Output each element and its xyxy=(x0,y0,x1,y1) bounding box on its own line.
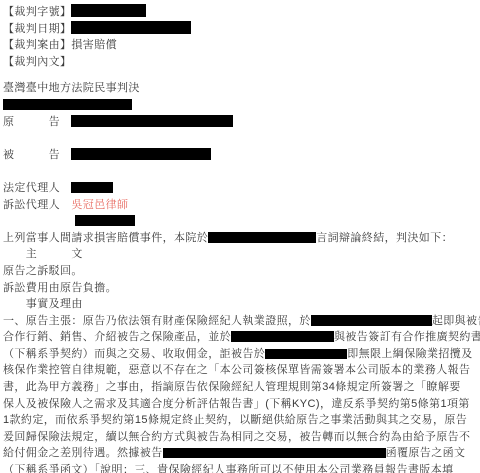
text-run: 起即與被告 xyxy=(432,315,480,327)
text-run: 即無限上綱保險業招攬及 xyxy=(347,348,472,360)
redaction-bar xyxy=(71,148,211,160)
header-content-label: 【裁判內文】 xyxy=(3,54,480,71)
redaction-bar xyxy=(208,232,316,243)
body-line: 給付佣金之差別待遇。然據被告函覆原告之函文 xyxy=(3,445,480,462)
body-line: （下稱系爭函文）「說明：三、貴保險經紀人事務所可以不使用本公司業務員報告書版本填 xyxy=(3,462,480,473)
court-title: 臺灣臺中地方法院民事判決 xyxy=(3,80,480,97)
text-run: 訴訟代理人 xyxy=(3,199,71,211)
main-text-heading: 主 文 xyxy=(3,246,480,263)
text-run: 【裁判字號】 xyxy=(3,6,71,18)
redaction-bar xyxy=(71,4,146,17)
party-plaintiff: 原 告 xyxy=(3,114,480,131)
redaction-bar xyxy=(71,21,191,34)
text-run: 臺灣臺中地方法院民事判決 xyxy=(3,82,140,94)
holding-line: 原告之訴駁回。 xyxy=(3,263,480,280)
text-run: 一、原告主張：原告乃依法領有財產保險經紀人執業證照，於 xyxy=(3,315,311,327)
judgment-document: 【裁判字號】【裁判日期】【裁判案由】損害賠償【裁判內文】臺灣臺中地方法院民事判決… xyxy=(0,0,480,473)
redaction-bar xyxy=(231,331,334,342)
header-case-number: 【裁判字號】 xyxy=(3,4,480,21)
indent-space xyxy=(3,223,75,224)
party-litigation-agent-2 xyxy=(3,213,480,230)
text-run: 保人及被保險人之需求及其適合度分析評估報告書」(下稱KYC)，違反系爭契約第5條… xyxy=(3,398,470,410)
redaction-bar xyxy=(75,215,135,226)
text-run: 【裁判案由】損害賠償 xyxy=(3,39,117,51)
redaction-bar xyxy=(311,315,432,326)
text-run: 合作行銷、銷售、介紹被告之保險產品，並於 xyxy=(3,331,231,343)
text-run: （下稱系爭函文）「說明：三、貴保險經紀人事務所可以不使用本公司業務員報告書版本填 xyxy=(3,464,454,473)
body-line: 一、原告主張：原告乃依法領有財產保險經紀人執業證照，於起即與被告 xyxy=(3,313,480,330)
redaction-bar xyxy=(163,448,386,458)
facts-heading: 事實及理由 xyxy=(3,296,480,313)
text-run: 與被告簽訂有合作推廣契約書 xyxy=(334,331,480,343)
body-line: 1款約定，而依系爭契約第15條規定終止契約，以斷絕供給原告之事業活動與其之交易，… xyxy=(3,412,480,429)
text-run: 上列當事人間請求損害賠償事件，本院於 xyxy=(3,232,208,244)
header-date: 【裁判日期】 xyxy=(3,21,480,38)
text-run: 訴訟費用由原告負擔。 xyxy=(3,282,117,294)
text-run: 【裁判日期】 xyxy=(3,23,71,35)
blank-line xyxy=(3,130,480,147)
section-spacer xyxy=(3,70,480,80)
text-run: 書，此為甲方義務」之事由，指謫原告依保險經紀人管理規則第34條規定所簽署之「瞭解… xyxy=(3,381,461,393)
redaction-bar xyxy=(71,182,113,193)
holding-line: 訴訟費用由原告負擔。 xyxy=(3,280,480,297)
text-run: （下稱系爭契約）而與之交易、收取佣金，詎被告於 xyxy=(3,348,265,360)
party-defendant: 被 告 xyxy=(3,147,480,164)
party-litigation-agent: 訴訟代理人 吳冠邑律師 xyxy=(3,197,480,214)
text-run: 言詞辯論終結，判決如下： xyxy=(316,232,453,244)
body-line: 保人及被保險人之需求及其適合度分析評估報告書」(下稱KYC)，違反系爭契約第5條… xyxy=(3,396,480,413)
body-line: 核保作業控管自律規範，惡意以不存在之「本公司簽核保單皆需簽署本公司版本的業務人報… xyxy=(3,362,480,379)
body-line: （下稱系爭契約）而與之交易、收取佣金，詎被告於即無限上綱保險業招攬及 xyxy=(3,346,480,363)
redaction-bar xyxy=(3,99,132,110)
preamble: 上列當事人間請求損害賠償事件，本院於言詞辯論終結，判決如下： xyxy=(3,230,480,247)
text-run: 原 告 xyxy=(3,116,71,128)
text-run: 【裁判內文】 xyxy=(3,56,71,68)
redaction-bar xyxy=(265,349,347,359)
text-run: 被 告 xyxy=(3,149,71,161)
redaction-bar xyxy=(71,115,233,127)
party-legal-representative: 法定代理人 xyxy=(3,180,480,197)
text-run: 1款約定，而依系爭契約第15條規定終止契約，以斷絕供給原告之事業活動與其之交易，… xyxy=(3,414,467,426)
body-line: 爰回歸保險法規定，續以無合約方式與被告為相同之交易，被告轉而以無合約為由給予原告… xyxy=(3,429,480,446)
attorney-name-link[interactable]: 吳冠邑律師 xyxy=(71,199,128,211)
body-line: 合作行銷、銷售、介紹被告之保險產品，並於與被告簽訂有合作推廣契約書 xyxy=(3,329,480,346)
text-run: 核保作業控管自律規範，惡意以不存在之「本公司簽核保單皆需簽署本公司版本的業務人報… xyxy=(3,364,470,376)
body-line: 書，此為甲方義務」之事由，指謫原告依保險經紀人管理規則第34條規定所簽署之「瞭解… xyxy=(3,379,480,396)
text-run: 爰回歸保險法規定，續以無合約方式與被告為相同之交易，被告轉而以無合約為由給予原告… xyxy=(3,431,470,443)
blank-line xyxy=(3,163,480,180)
text-run: 函覆原告之函文 xyxy=(386,447,466,459)
text-run: 法定代理人 xyxy=(3,182,71,194)
case-number-redacted xyxy=(3,97,480,114)
text-run: 事實及理由 xyxy=(3,298,83,310)
header-cause: 【裁判案由】損害賠償 xyxy=(3,37,480,54)
text-run: 原告之訴駁回。 xyxy=(3,265,83,277)
text-run: 給付佣金之差別待遇。然據被告 xyxy=(3,447,163,459)
text-run: 主 文 xyxy=(3,248,83,260)
